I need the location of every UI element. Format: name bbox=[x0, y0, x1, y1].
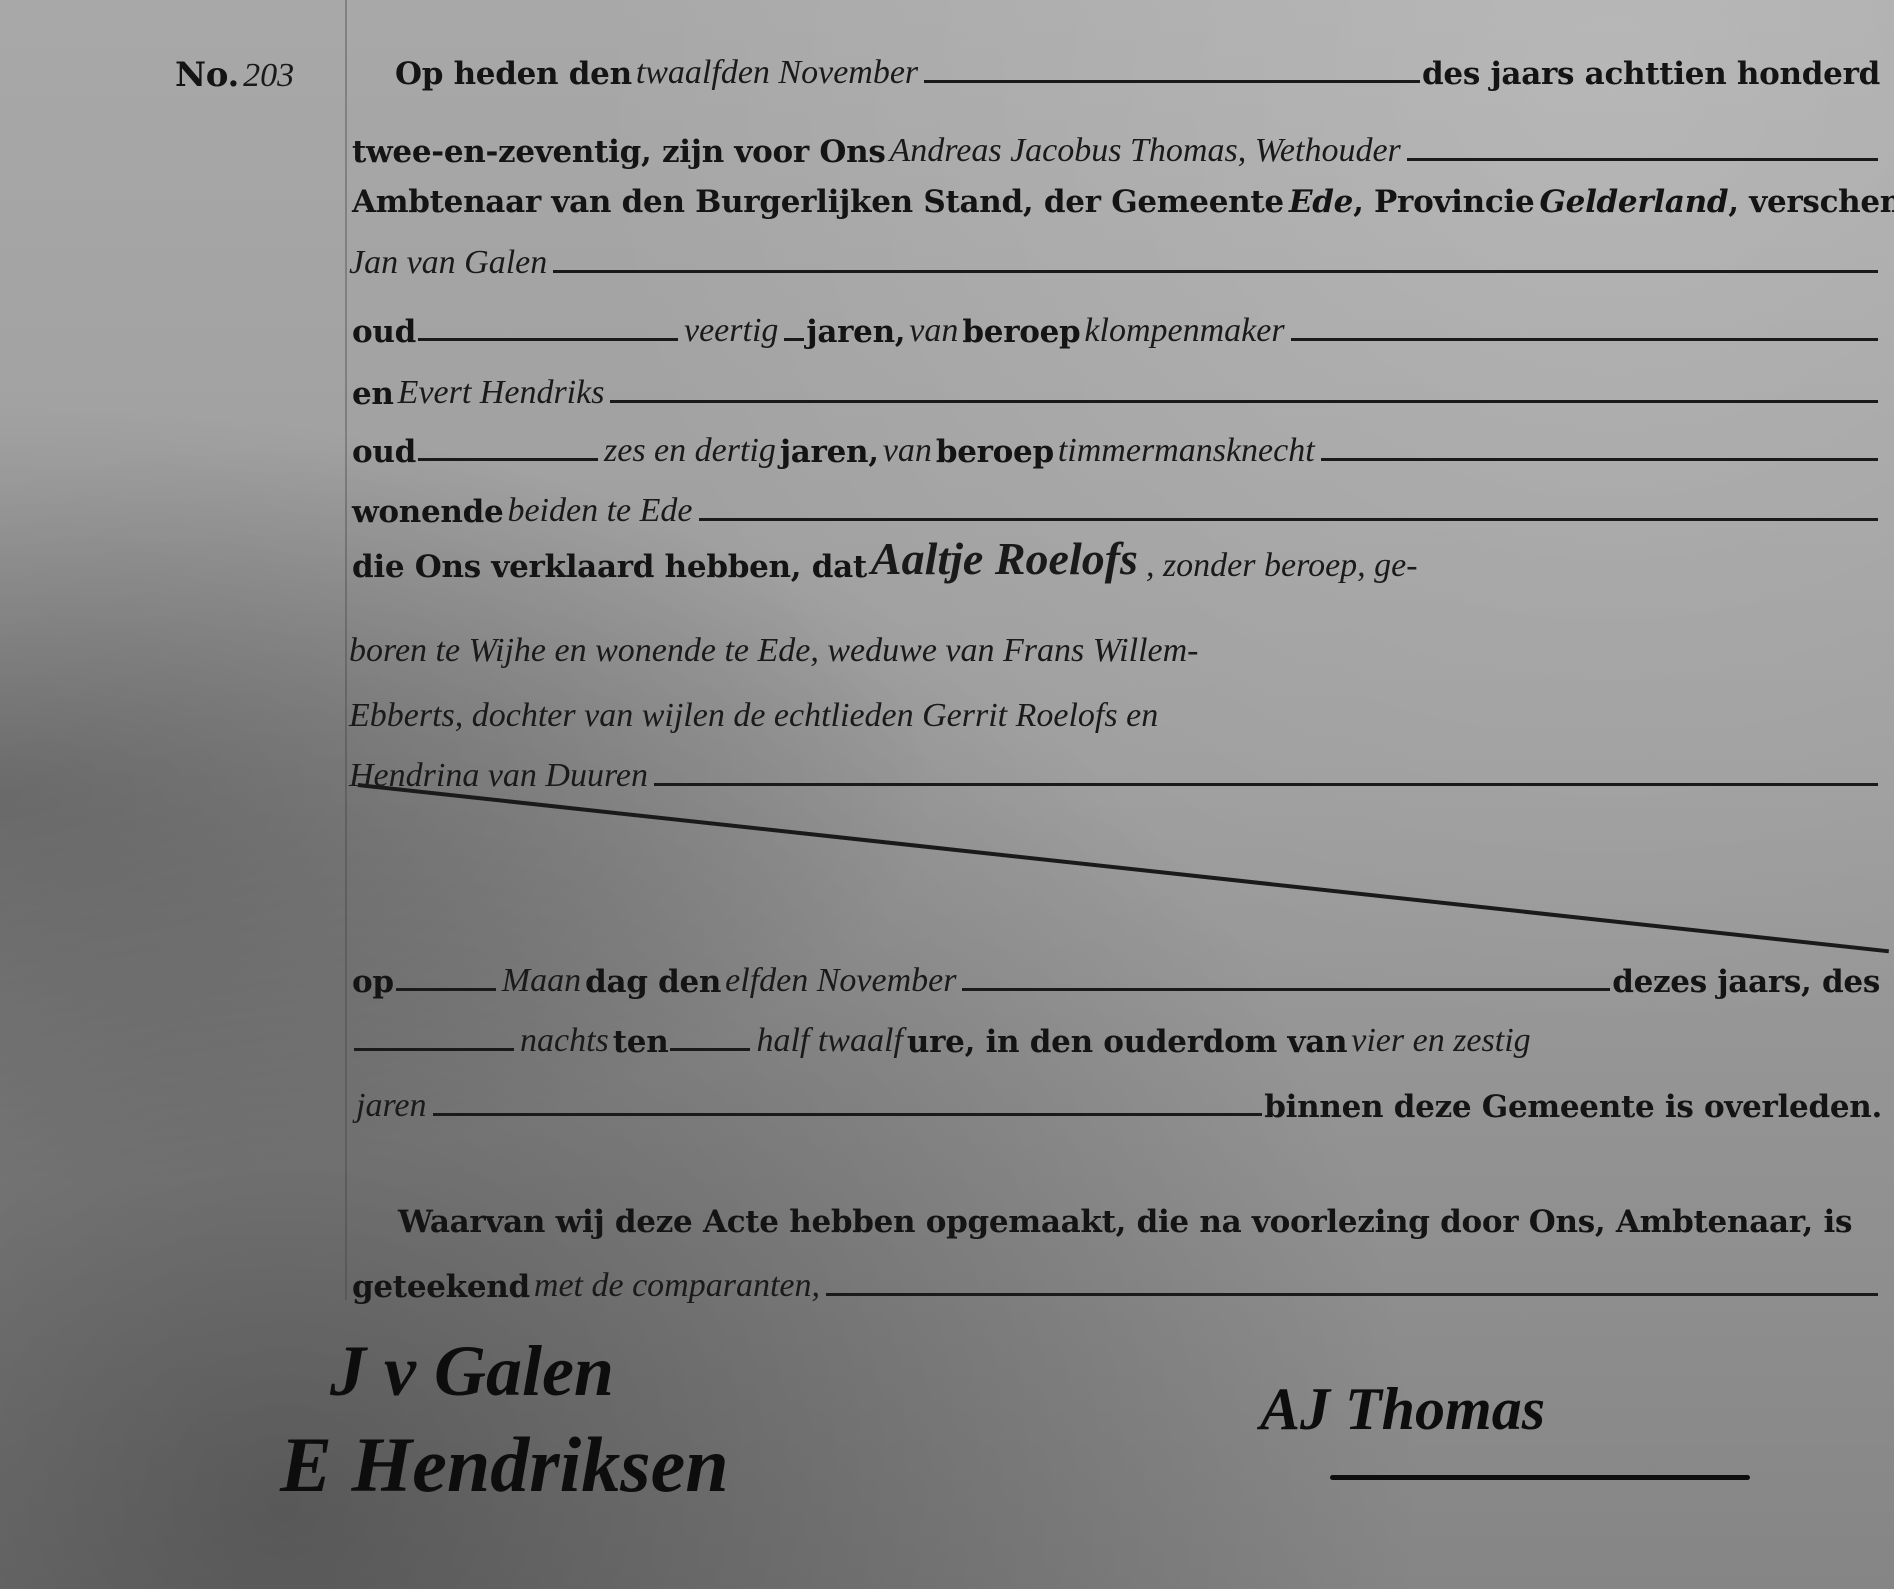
line-15: jaren binnen deze Gemeente is overleden. bbox=[352, 1065, 1882, 1125]
fill-line bbox=[418, 458, 598, 461]
printed-text: ten bbox=[613, 1024, 669, 1060]
gemeente-name: Ede bbox=[1289, 184, 1353, 220]
printed-text: beroep bbox=[936, 434, 1054, 470]
handwritten-date: elfden November bbox=[721, 962, 960, 1000]
printed-text: geteekend bbox=[352, 1269, 530, 1305]
fill-line bbox=[1291, 338, 1878, 341]
printed-text: oud bbox=[352, 434, 416, 470]
handwritten-text: Ebberts, dochter van wijlen de echtliede… bbox=[345, 697, 1162, 735]
printed-text: , Provincie bbox=[1353, 184, 1534, 220]
handwritten-day: Maan bbox=[498, 962, 585, 1000]
fill-line bbox=[784, 338, 804, 341]
printed-text: dag den bbox=[585, 964, 721, 1000]
line-9: die Ons verklaard hebben, dat Aaltje Roe… bbox=[352, 525, 1880, 585]
line-4: Jan van Galen bbox=[345, 222, 1880, 282]
handwritten-deceased-name: Aaltje Roelofs bbox=[867, 532, 1142, 585]
signature-witness-1: J v Galen bbox=[330, 1330, 614, 1413]
line-10: boren te Wijhe en wonende te Ede, weduwe… bbox=[345, 610, 1880, 670]
printed-text: beroep bbox=[962, 314, 1080, 350]
printed-text: op bbox=[352, 964, 394, 1000]
handwritten-text: jaren bbox=[352, 1087, 431, 1125]
handwritten-text: van bbox=[905, 312, 962, 350]
handwritten-date: twaalfden November bbox=[632, 54, 922, 92]
handwritten-age: veertig bbox=[680, 312, 782, 350]
printed-text: jaren, bbox=[806, 314, 905, 350]
act-number: No. 203 bbox=[175, 55, 298, 95]
line-5: oud veertig jaren, van beroep klompenmak… bbox=[352, 290, 1880, 350]
printed-text: die Ons verklaard hebben, dat bbox=[352, 549, 867, 585]
fill-line bbox=[962, 988, 1610, 991]
signature-witness-2: E Hendriksen bbox=[280, 1420, 729, 1510]
handwritten-text: boren te Wijhe en wonende te Ede, weduwe… bbox=[345, 632, 1203, 670]
line-17: geteekend met de comparanten, bbox=[352, 1245, 1880, 1305]
handwritten-occupation: klompenmaker bbox=[1080, 312, 1288, 350]
fill-line bbox=[826, 1293, 1878, 1296]
strike-through-line bbox=[358, 783, 1889, 953]
signature-official: AJ Thomas bbox=[1260, 1375, 1545, 1444]
printed-text: Op heden den bbox=[395, 56, 632, 92]
handwritten-time: nachts bbox=[516, 1022, 613, 1060]
printed-text: , verschenen: bbox=[1728, 184, 1894, 220]
line-8: wonende beiden te Ede bbox=[352, 470, 1880, 530]
printed-text: dezes jaars, des bbox=[1612, 964, 1880, 1000]
printed-text: oud bbox=[352, 314, 416, 350]
handwritten-text: van bbox=[879, 432, 936, 470]
provincie-name: Gelderland bbox=[1539, 184, 1728, 220]
line-3: Ambtenaar van den Burgerlijken Stand, de… bbox=[352, 160, 1882, 220]
line-11: Ebberts, dochter van wijlen de echtliede… bbox=[345, 675, 1880, 735]
fill-line bbox=[418, 338, 678, 341]
printed-text: des jaars achttien honderd bbox=[1422, 56, 1880, 92]
line-1: Op heden den twaalfden November des jaar… bbox=[395, 32, 1880, 92]
handwritten-witness-2: Evert Hendriks bbox=[394, 374, 609, 412]
act-number-label: No. bbox=[175, 55, 239, 95]
printed-text: en bbox=[352, 376, 394, 412]
fill-line bbox=[354, 1048, 514, 1051]
handwritten-occupation: timmermansknecht bbox=[1054, 432, 1319, 470]
handwritten-witness-1: Jan van Galen bbox=[345, 244, 551, 282]
fill-line bbox=[654, 783, 1878, 786]
act-number-value: 203 bbox=[239, 57, 298, 95]
line-7: oud zes en dertig jaren, van beroep timm… bbox=[352, 410, 1880, 470]
handwritten-age: zes en dertig bbox=[600, 432, 780, 470]
fill-line bbox=[396, 988, 496, 991]
fill-line bbox=[1321, 458, 1878, 461]
fill-line bbox=[924, 80, 1420, 83]
line-14: nachts ten half twaalf ure, in den ouder… bbox=[352, 1000, 1880, 1060]
line-16: Waarvan wij deze Acte hebben opgemaakt, … bbox=[398, 1180, 1882, 1240]
printed-text: Ambtenaar van den Burgerlijken Stand, de… bbox=[352, 184, 1284, 220]
printed-text: binnen deze Gemeente is overleden. bbox=[1264, 1089, 1882, 1125]
handwritten-text: met de comparanten, bbox=[530, 1267, 824, 1305]
printed-text: jaren, bbox=[780, 434, 879, 470]
line-12: Hendrina van Duuren bbox=[345, 735, 1880, 795]
scanned-document-page: No. 203 Op heden den twaalfden November … bbox=[0, 0, 1894, 1589]
fill-line bbox=[610, 400, 1878, 403]
printed-text: ure, in den ouderdom van bbox=[907, 1024, 1347, 1060]
line-6: en Evert Hendriks bbox=[352, 352, 1880, 412]
printed-text: Waarvan wij deze Acte hebben opgemaakt, … bbox=[398, 1204, 1852, 1240]
fill-line bbox=[699, 518, 1879, 521]
handwritten-text: , zonder beroep, ge- bbox=[1142, 547, 1422, 585]
handwritten-age: vier en zestig bbox=[1347, 1022, 1534, 1060]
signature-underline bbox=[1330, 1475, 1750, 1480]
fill-line bbox=[553, 270, 1878, 273]
fill-line bbox=[433, 1113, 1263, 1116]
line-13: op Maan dag den elfden November dezes ja… bbox=[352, 940, 1880, 1000]
fill-line bbox=[670, 1048, 750, 1051]
handwritten-hour: half twaalf bbox=[752, 1022, 906, 1060]
